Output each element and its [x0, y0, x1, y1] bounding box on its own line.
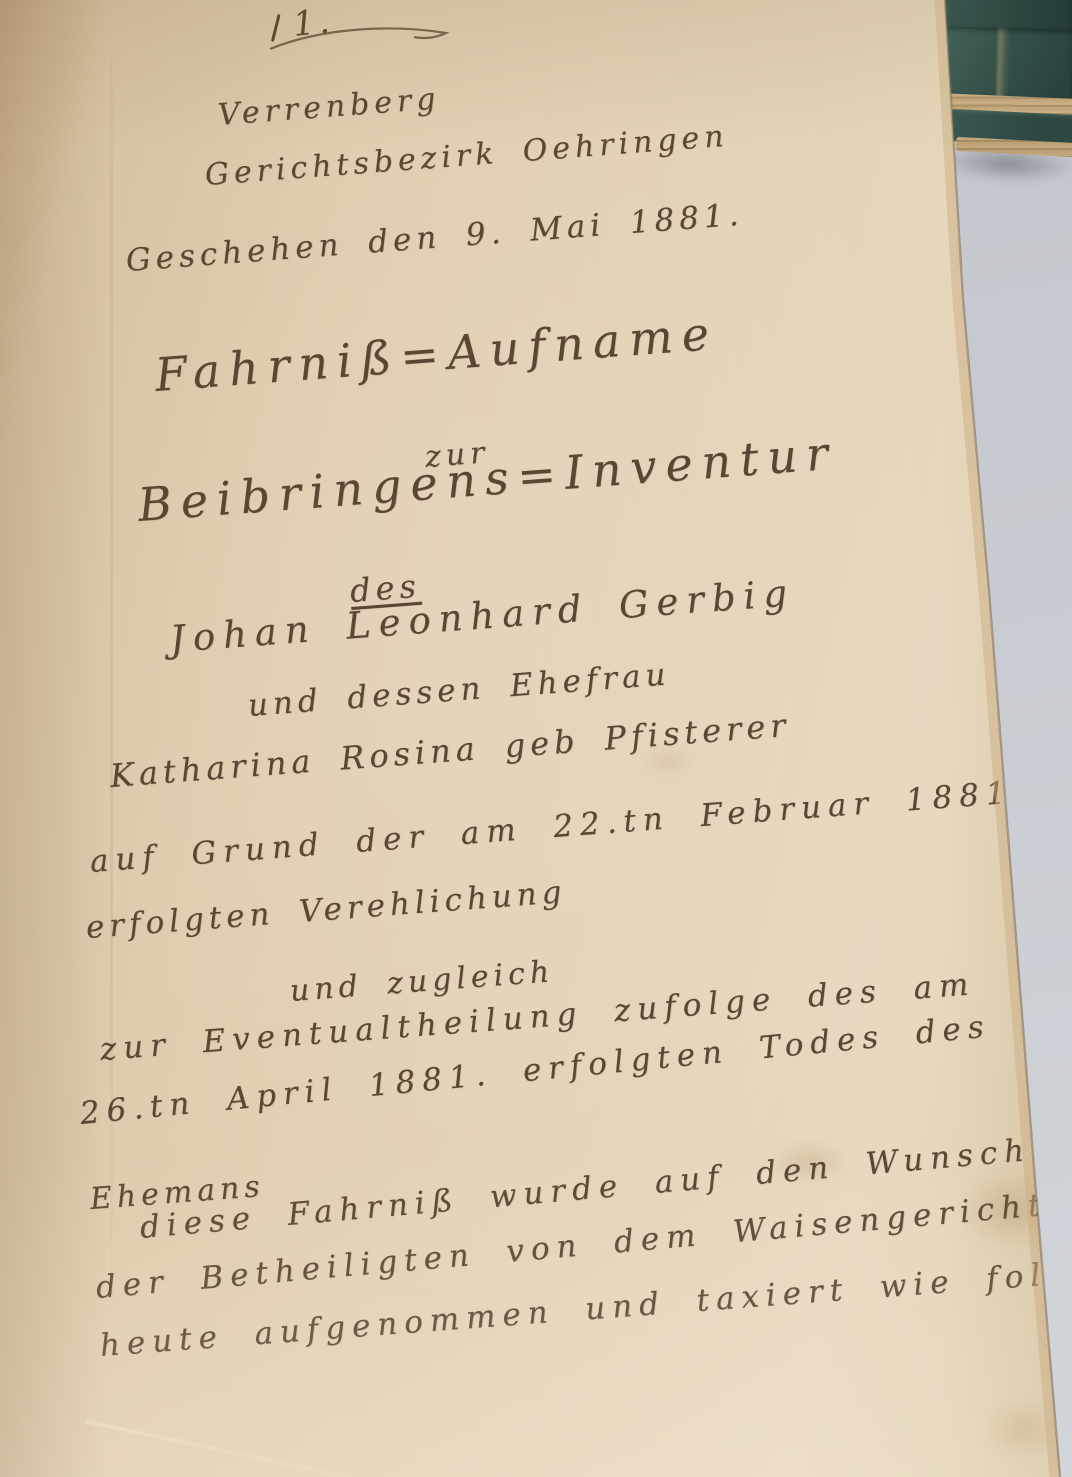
line-zur: zur — [424, 435, 491, 475]
ink-stain — [770, 1140, 850, 1184]
line-und-zugleich: und zugleich — [289, 954, 556, 1009]
paper-crease-diagonal — [86, 1420, 361, 1477]
line-eventualtheilung: zur Eventualtheilung zufolge des am — [99, 966, 977, 1068]
pen-tick-stroke — [271, 14, 281, 42]
line-date: Geschehen den 9. Mai 1881. — [125, 197, 745, 279]
page-number: 1. — [272, 1, 335, 47]
line-marriage-date: auf Grund der am 22.tn Februar 1881 — [89, 775, 1014, 880]
line-verehlichung: erfolgten Verehlichung — [85, 874, 568, 946]
line-title-fahrnis: Fahrniß=Aufname — [153, 306, 720, 402]
line-court-district: Gerichtsbezirk Oehringen — [204, 119, 730, 193]
line-title-inventur: Beibringens=Inventur — [136, 426, 839, 532]
line-wunsch: diese Fahrniß wurde auf den Wunsch — [138, 1132, 1032, 1246]
page-number-text: 1. — [291, 1, 335, 45]
ink-stain — [640, 745, 696, 779]
line-name-husband: Johan Leonhard Gerbig — [168, 571, 796, 661]
manuscript-page: 1. Verrenberg Gerichtsbezirk Oehringen G… — [0, 0, 1072, 1477]
ink-stain — [958, 1168, 1068, 1250]
line-and-wife: und dessen Ehefrau — [247, 656, 672, 724]
line-death-date: 26.tn April 1881. erfolgten Todes des — [78, 1008, 992, 1131]
page-mark-flourish — [266, 22, 456, 54]
photograph: 1. Verrenberg Gerichtsbezirk Oehringen G… — [0, 0, 1072, 1477]
paper-crease-vertical — [110, 0, 113, 1350]
ink-stain — [983, 1398, 1065, 1460]
line-taxiert: heute aufgenommen und taxiert wie folgt — [99, 1253, 1072, 1364]
line-des: des — [349, 567, 422, 610]
line-ehemans: Ehemans — [89, 1169, 266, 1217]
booklet-cover-main — [933, 26, 1072, 104]
line-place: Verrenberg — [217, 81, 442, 133]
line-name-wife: Katharina Rosina geb Pfisterer — [109, 706, 792, 795]
line-waisengericht: der Betheiligten von dem Waisengericht — [94, 1187, 1048, 1306]
